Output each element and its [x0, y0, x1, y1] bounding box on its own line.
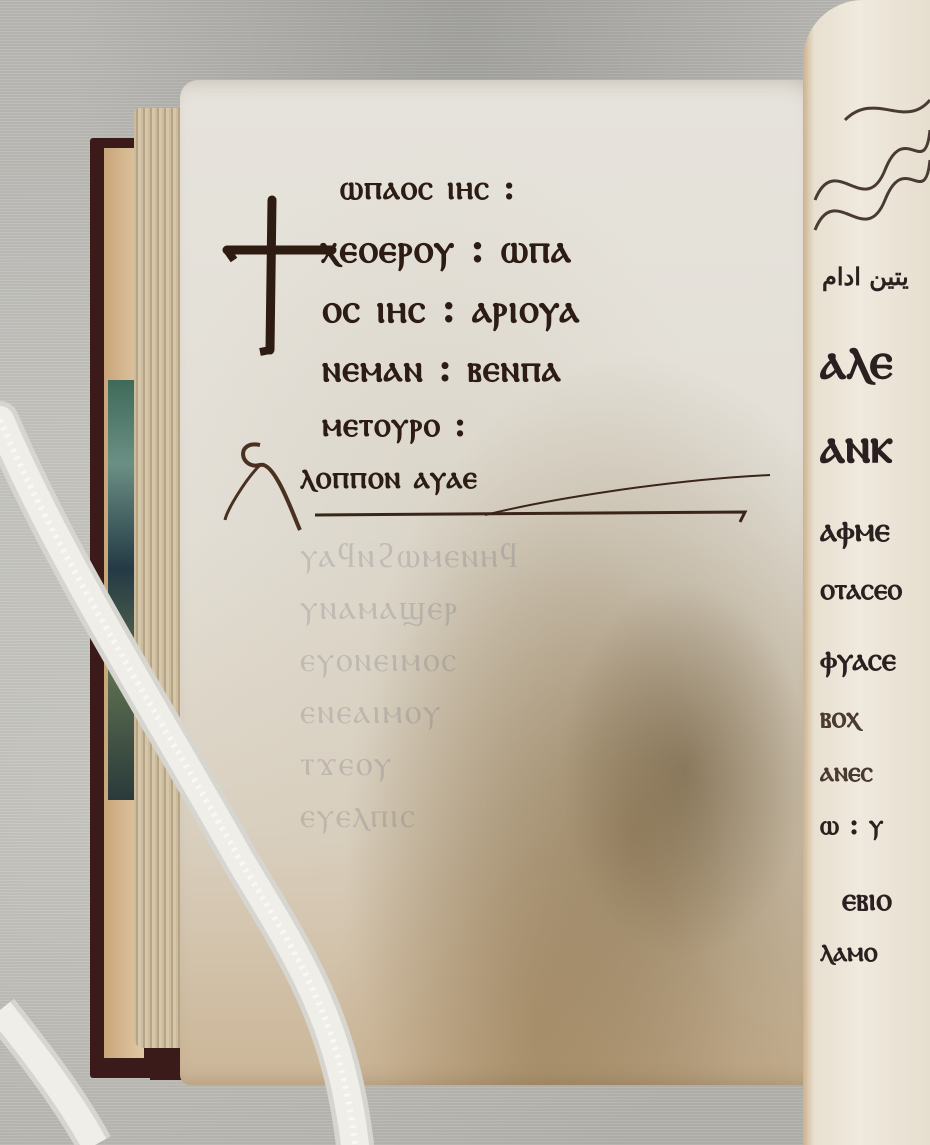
text-line-3: ⲟⲥ ⲓⲏⲥ : ⲁⲣⲓⲟⲩⲁ: [322, 285, 580, 332]
text-line-1: ⲱⲡⲁⲟⲥ ⲓⲏⲥ :: [340, 168, 516, 208]
text-line-4: ⲛⲉⲙⲁⲛ : ⲃⲉⲛⲡⲁ: [322, 345, 562, 391]
text-line-2: ⲭⲉⲟⲉⲣⲟⲩ : ⲱⲡⲁ: [320, 225, 572, 272]
facing-line-7: ⲁⲛⲉⲥ: [820, 755, 873, 789]
show-through-text: ⲩⲁϥⲛϩⲱⲙⲉⲛⲏϥⲩⲛⲁⲙⲁϣⲉⲣⲉⲩⲟⲛⲉⲓⲙⲟⲥⲉⲛⲉⲁⲓⲙⲟⲩⲧϫⲉⲟ…: [300, 530, 780, 950]
facing-line-8: ⲱ : ⲩ: [820, 808, 883, 842]
cross-icon: [222, 190, 342, 360]
facing-line-4: ⲟⲧⲁⲥⲉⲟ: [820, 572, 902, 607]
facing-line-3: ⲁⲫⲙⲉ: [820, 510, 890, 550]
facing-line-1: ⲁⲗⲉ: [820, 330, 893, 392]
facing-line-6: ⲃⲟⲭ: [820, 700, 860, 735]
interlace-ornament: [805, 90, 930, 240]
facing-line-2: ⲁⲛⲕ: [820, 415, 893, 475]
facing-line-9: ⲉⲃⲓⲟ: [842, 880, 892, 919]
facing-line-10: ⲗⲁⲙⲟ: [820, 935, 877, 969]
arabic-rubric: يتين ادام: [822, 262, 909, 291]
flourish-decoration: [215, 430, 785, 540]
facing-line-5: ⲫⲩⲁⲥⲉ: [820, 640, 896, 679]
